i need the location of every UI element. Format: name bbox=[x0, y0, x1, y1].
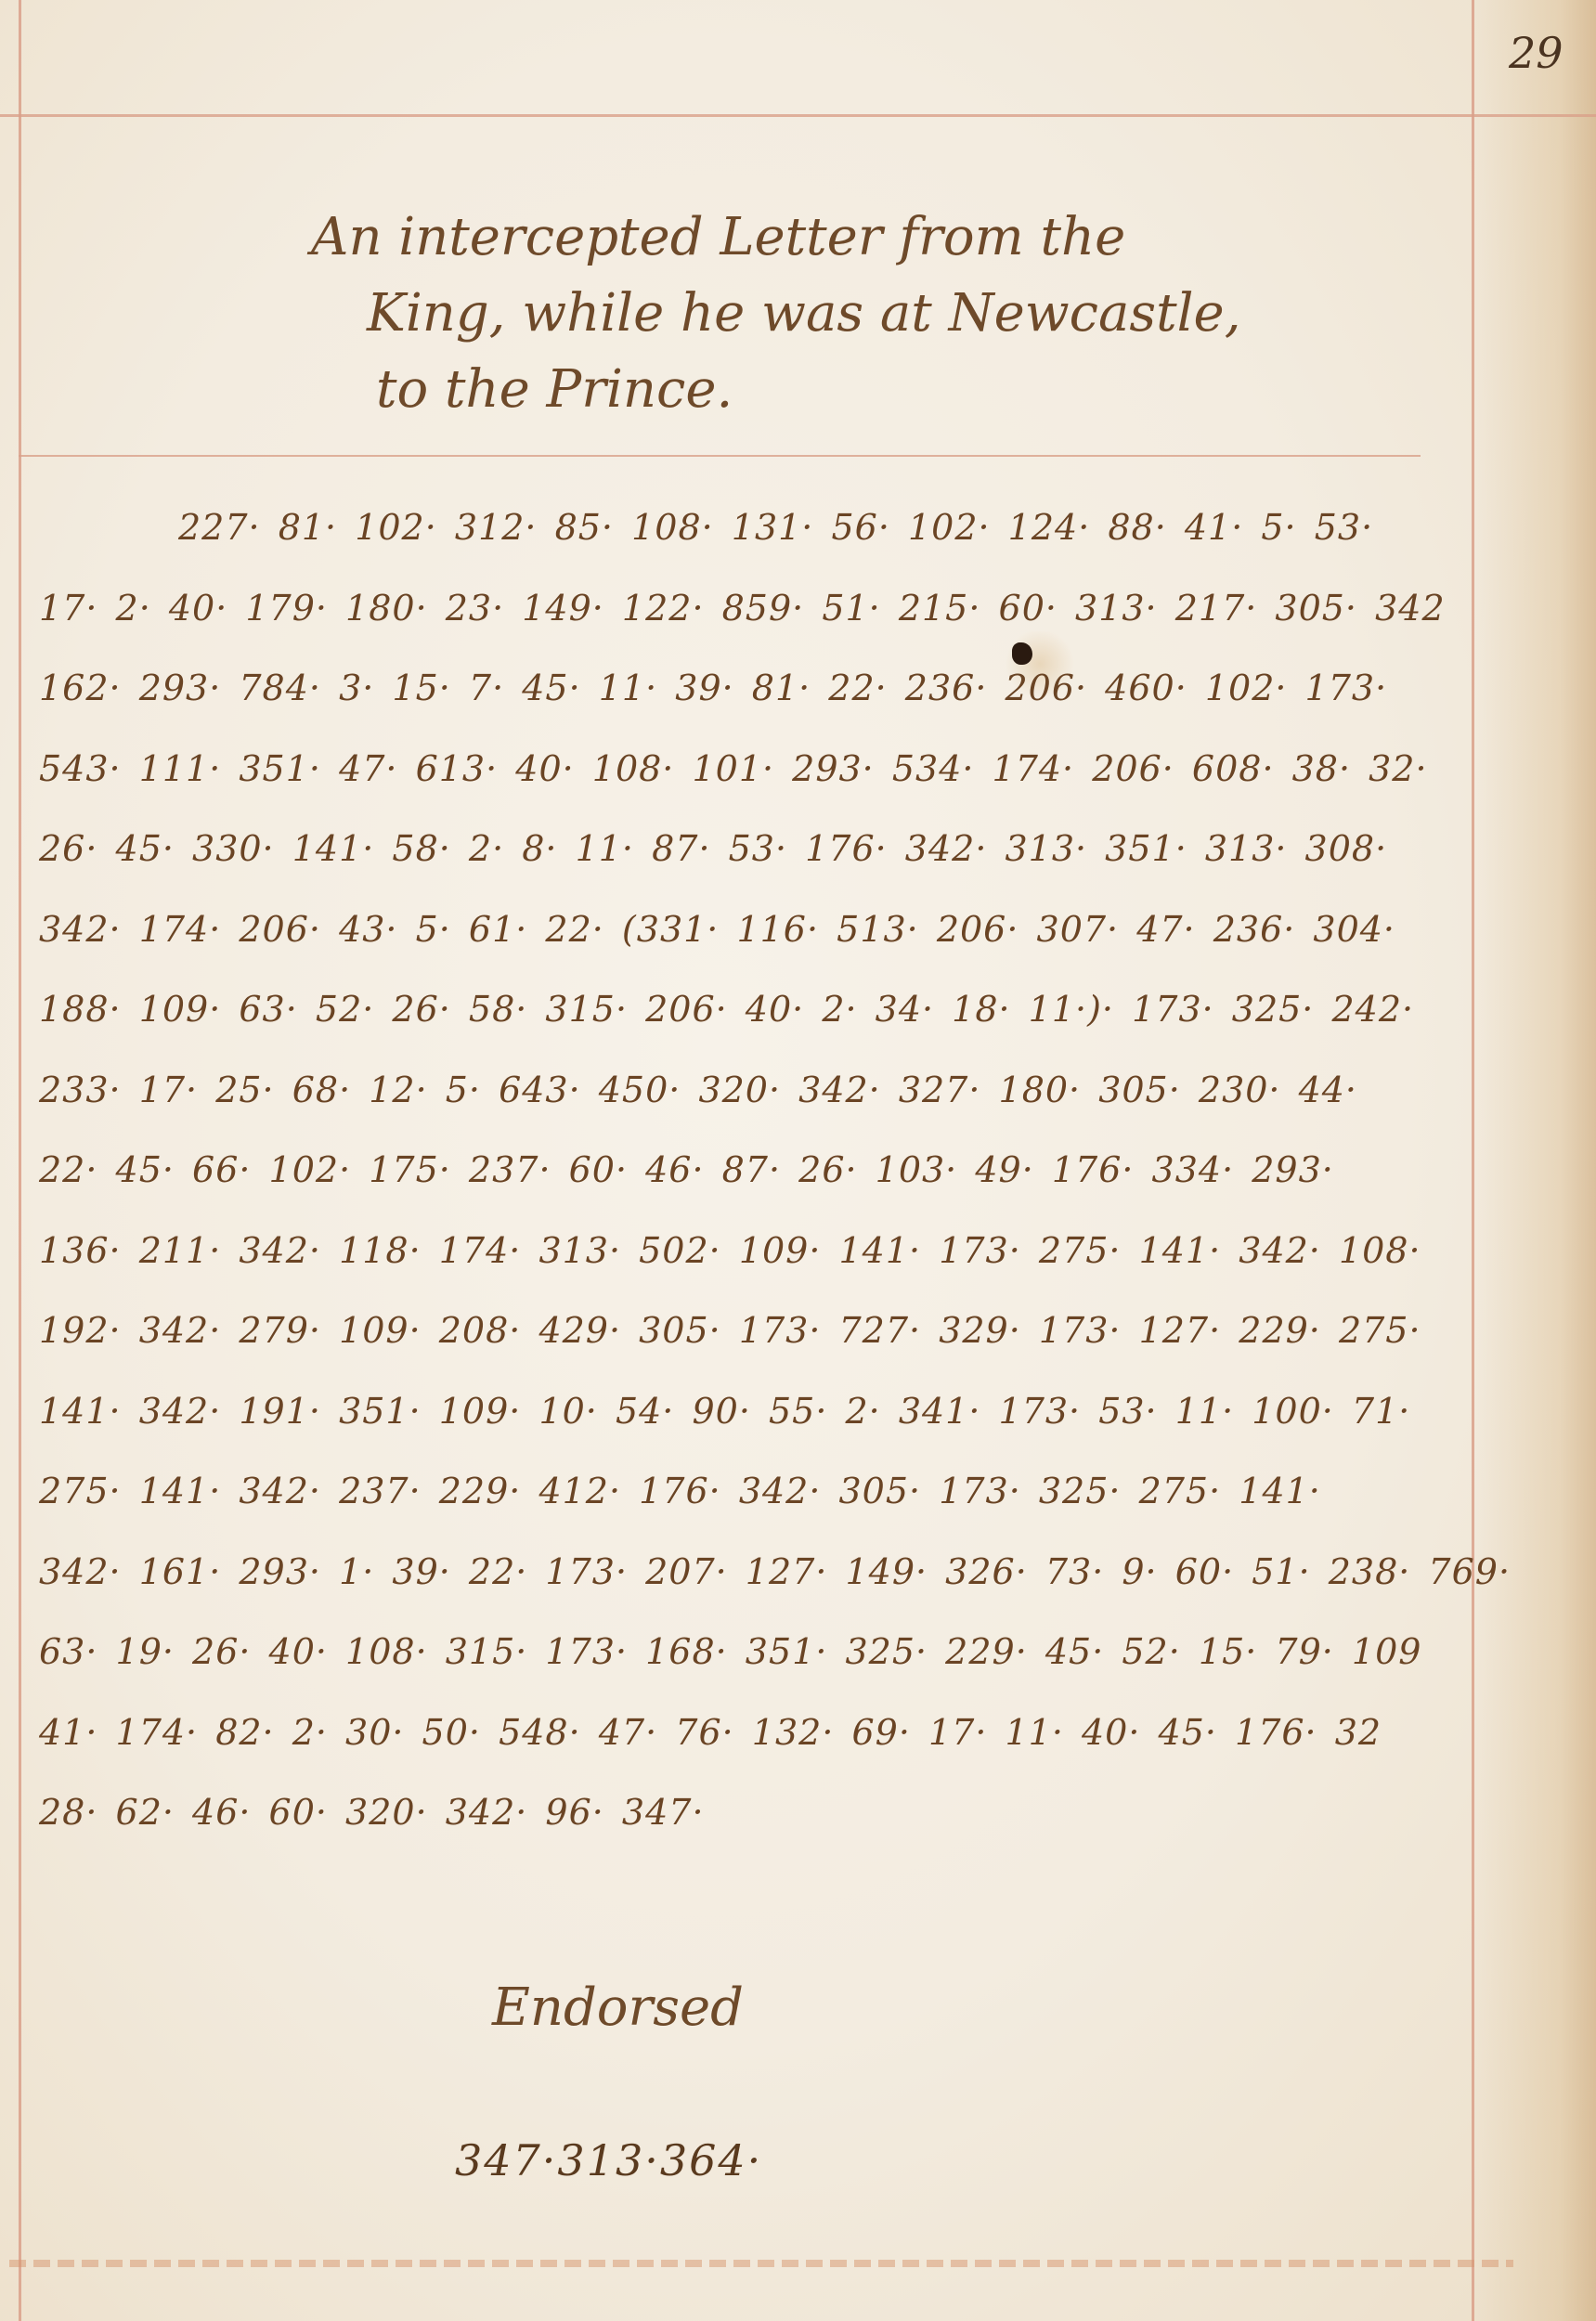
ruled-line-offset bbox=[9, 2260, 1513, 2267]
heading-line-3: to the Prince. bbox=[311, 352, 1425, 428]
cipher-line: 63· 19· 26· 40· 108· 315· 173· 168· 351·… bbox=[39, 1612, 1460, 1692]
cipher-line: 342· 174· 206· 43· 5· 61· 22· (331· 116·… bbox=[39, 889, 1460, 970]
cipher-line: 275· 141· 342· 237· 229· 412· 176· 342· … bbox=[39, 1451, 1460, 1532]
heading-line-1: An intercepted Letter from the bbox=[311, 200, 1425, 276]
page-edge-shading bbox=[1475, 0, 1596, 2321]
cipher-line: 227· 81· 102· 312· 85· 108· 131· 56· 102… bbox=[39, 487, 1460, 568]
letter-heading: An intercepted Letter from the King, whi… bbox=[311, 200, 1425, 428]
top-rule bbox=[0, 114, 1596, 117]
cipher-line: 192· 342· 279· 109· 208· 429· 305· 173· … bbox=[39, 1290, 1460, 1371]
manuscript-page: 29 An intercepted Letter from the King, … bbox=[0, 0, 1596, 2321]
cipher-line: 162· 293· 784· 3· 15· 7· 45· 11· 39· 81·… bbox=[39, 648, 1460, 729]
cipher-line: 22· 45· 66· 102· 175· 237· 60· 46· 87· 2… bbox=[39, 1130, 1460, 1211]
left-margin-rule bbox=[19, 0, 21, 2321]
endorsement-cipher: 347·313·364· bbox=[455, 2135, 762, 2185]
cipher-line: 188· 109· 63· 52· 26· 58· 315· 206· 40· … bbox=[39, 969, 1460, 1050]
right-margin-rule bbox=[1472, 0, 1474, 2321]
folio-number: 29 bbox=[1509, 28, 1564, 78]
endorsement-label: Endorsed bbox=[492, 1977, 744, 2038]
cipher-line: 136· 211· 342· 118· 174· 313· 502· 109· … bbox=[39, 1211, 1460, 1291]
cipher-line: 543· 111· 351· 47· 613· 40· 108· 101· 29… bbox=[39, 729, 1460, 810]
heading-line-2: King, while he was at Newcastle, bbox=[311, 276, 1425, 352]
heading-underline-rule bbox=[19, 455, 1421, 457]
cipher-text-block: 227· 81· 102· 312· 85· 108· 131· 56· 102… bbox=[39, 487, 1460, 1853]
cipher-line: 28· 62· 46· 60· 320· 342· 96· 347· bbox=[39, 1772, 1460, 1853]
cipher-line: 342· 161· 293· 1· 39· 22· 173· 207· 127·… bbox=[39, 1532, 1460, 1613]
cipher-line: 233· 17· 25· 68· 12· 5· 643· 450· 320· 3… bbox=[39, 1050, 1460, 1131]
cipher-line: 41· 174· 82· 2· 30· 50· 548· 47· 76· 132… bbox=[39, 1692, 1460, 1773]
cipher-line: 17· 2· 40· 179· 180· 23· 149· 122· 859· … bbox=[39, 568, 1460, 649]
cipher-line: 26· 45· 330· 141· 58· 2· 8· 11· 87· 53· … bbox=[39, 809, 1460, 889]
cipher-line: 141· 342· 191· 351· 109· 10· 54· 90· 55·… bbox=[39, 1371, 1460, 1452]
